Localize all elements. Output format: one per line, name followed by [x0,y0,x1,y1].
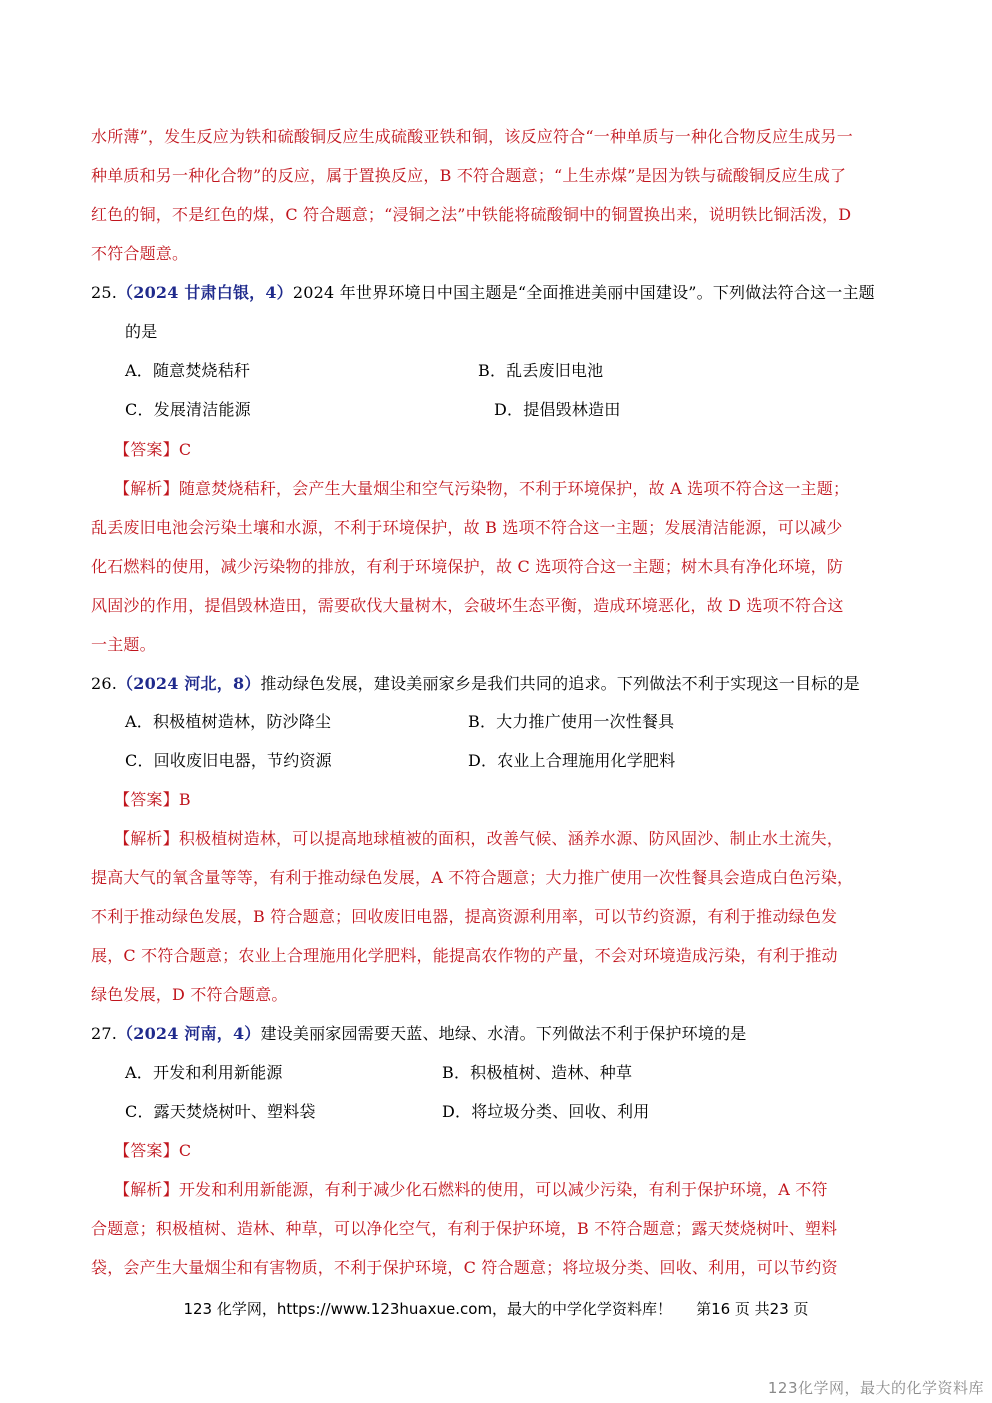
option-d: D．将垃圾分类、回收、利用 [442,1102,649,1122]
question-number: 26. [91,674,117,693]
question-26-stem: 26.（2024 河北，8）推动绿色发展，建设美丽家乡是我们共同的追求。下列做法… [91,674,860,694]
answer-line: 【答案】B [114,790,191,810]
option-c: C．发展清洁能源 [125,400,251,420]
analysis-line: 绿色发展，D 不符合题意。 [91,985,288,1005]
watermark: 123化学网，最大的化学资料库 [768,1378,984,1398]
analysis-line: 展，C 不符合题意；农业上合理施用化学肥料，能提高农作物的产量，不会对环境造成污… [91,946,838,966]
analysis-line: 【解析】积极植树造林，可以提高地球植被的面积，改善气候、涵养水源、防风固沙、制止… [114,829,843,849]
option-a: A．随意焚烧秸秆 [125,361,250,381]
option-d: D．提倡毁林造田 [494,400,620,420]
question-text: 2024 年世界环境日中国主题是“全面推进美丽中国建设”。下列做法符合这一主题 [293,283,875,302]
analysis-line: 【解析】开发和利用新能源，有利于减少化石燃料的使用，可以减少污染，有利于保护环境… [114,1180,828,1200]
question-source: （2024 甘肃白银，4） [117,283,293,302]
continuation-line: 种单质和另一种化合物”的反应，属于置换反应，B 不符合题意；“上生赤煤”是因为铁… [91,166,846,186]
analysis-tag: 【解析】 [114,1180,179,1199]
question-text-continued: 的是 [125,322,157,342]
analysis-line: 提高大气的氧含量等等，有利于推动绿色发展，A 不符合题意；大力推广使用一次性餐具… [91,868,853,888]
analysis-line: 乱丢废旧电池会污染土壤和水源，不利于环境保护，故 B 选项不符合这一主题；发展清… [91,518,843,538]
analysis-tag: 【解析】 [114,479,179,498]
answer-value: C [179,440,191,459]
answer-tag: 【答案】 [114,1141,179,1160]
option-c: C．露天焚烧树叶、塑料袋 [125,1102,316,1122]
analysis-line: 不利于推动绿色发展，B 符合题意；回收废旧电器，提高资源利用率，可以节约资源，有… [91,907,837,927]
option-b: B．积极植树、造林、种草 [442,1063,632,1083]
question-25-stem: 25.（2024 甘肃白银，4）2024 年世界环境日中国主题是“全面推进美丽中… [91,283,875,303]
answer-line: 【答案】C [114,1141,191,1161]
question-text: 建设美丽家园需要天蓝、地绿、水清。下列做法不利于保护环境的是 [260,1024,746,1043]
analysis-line: 袋，会产生大量烟尘和有害物质，不利于保护环境，C 符合题意；将垃圾分类、回收、利… [91,1258,838,1278]
option-a: A．开发和利用新能源 [125,1063,283,1083]
question-source: （2024 河南，4） [117,1024,260,1043]
continuation-line: 红色的铜，不是红色的煤，C 符合题意；“浸铜之法”中铁能将硫酸铜中的铜置换出来，… [91,205,851,225]
footer-site-text: 123 化学网，https://www.123huaxue.com，最大的中学化… [183,1300,672,1318]
answer-line: 【答案】C [114,440,191,460]
question-source: （2024 河北，8） [117,674,260,693]
question-number: 25. [91,283,117,302]
option-b: B．大力推广使用一次性餐具 [468,712,674,732]
footer-page-number: 第16 页 共23 页 [696,1300,808,1318]
question-27-stem: 27.（2024 河南，4）建设美丽家园需要天蓝、地绿、水清。下列做法不利于保护… [91,1024,747,1044]
analysis-line: 化石燃料的使用，减少污染物的排放，有利于环境保护，故 C 选项符合这一主题；树木… [91,557,843,577]
answer-tag: 【答案】 [114,790,179,809]
continuation-line: 不符合题意。 [91,244,188,264]
continuation-line: 水所薄”，发生反应为铁和硫酸铜反应生成硫酸亚铁和铜，该反应符合“一种单质与一种化… [91,127,853,147]
analysis-line: 风固沙的作用，提倡毁林造田，需要砍伐大量树木，会破坏生态平衡，造成环境恶化，故 … [91,596,844,616]
analysis-text: 开发和利用新能源，有利于减少化石燃料的使用，可以减少污染，有利于保护环境，A 不… [179,1180,828,1199]
option-d: D．农业上合理施用化学肥料 [468,751,675,771]
question-number: 27. [91,1024,117,1043]
analysis-line: 【解析】随意焚烧秸秆，会产生大量烟尘和空气污染物，不利于环境保护，故 A 选项不… [114,479,849,499]
answer-tag: 【答案】 [114,440,179,459]
option-c: C．回收废旧电器，节约资源 [125,751,332,771]
answer-value: C [179,1141,191,1160]
analysis-line: 一主题。 [91,635,156,655]
analysis-tag: 【解析】 [114,829,179,848]
analysis-text: 积极植树造林，可以提高地球植被的面积，改善气候、涵养水源、防风固沙、制止水土流失… [179,829,843,848]
page-footer: 123 化学网，https://www.123huaxue.com，最大的中学化… [0,1299,992,1319]
analysis-line: 合题意；积极植树、造林、种草，可以净化空气，有利于保护环境，B 不符合题意；露天… [91,1219,837,1239]
answer-value: B [179,790,191,809]
analysis-text: 随意焚烧秸秆，会产生大量烟尘和空气污染物，不利于环境保护，故 A 选项不符合这一… [179,479,849,498]
option-b: B．乱丢废旧电池 [478,361,603,381]
question-text: 推动绿色发展，建设美丽家乡是我们共同的追求。下列做法不利于实现这一目标的是 [260,674,859,693]
option-a: A．积极植树造林，防沙降尘 [125,712,331,732]
document-page: 水所薄”，发生反应为铁和硫酸铜反应生成硫酸亚铁和铜，该反应符合“一种单质与一种化… [0,0,992,1403]
